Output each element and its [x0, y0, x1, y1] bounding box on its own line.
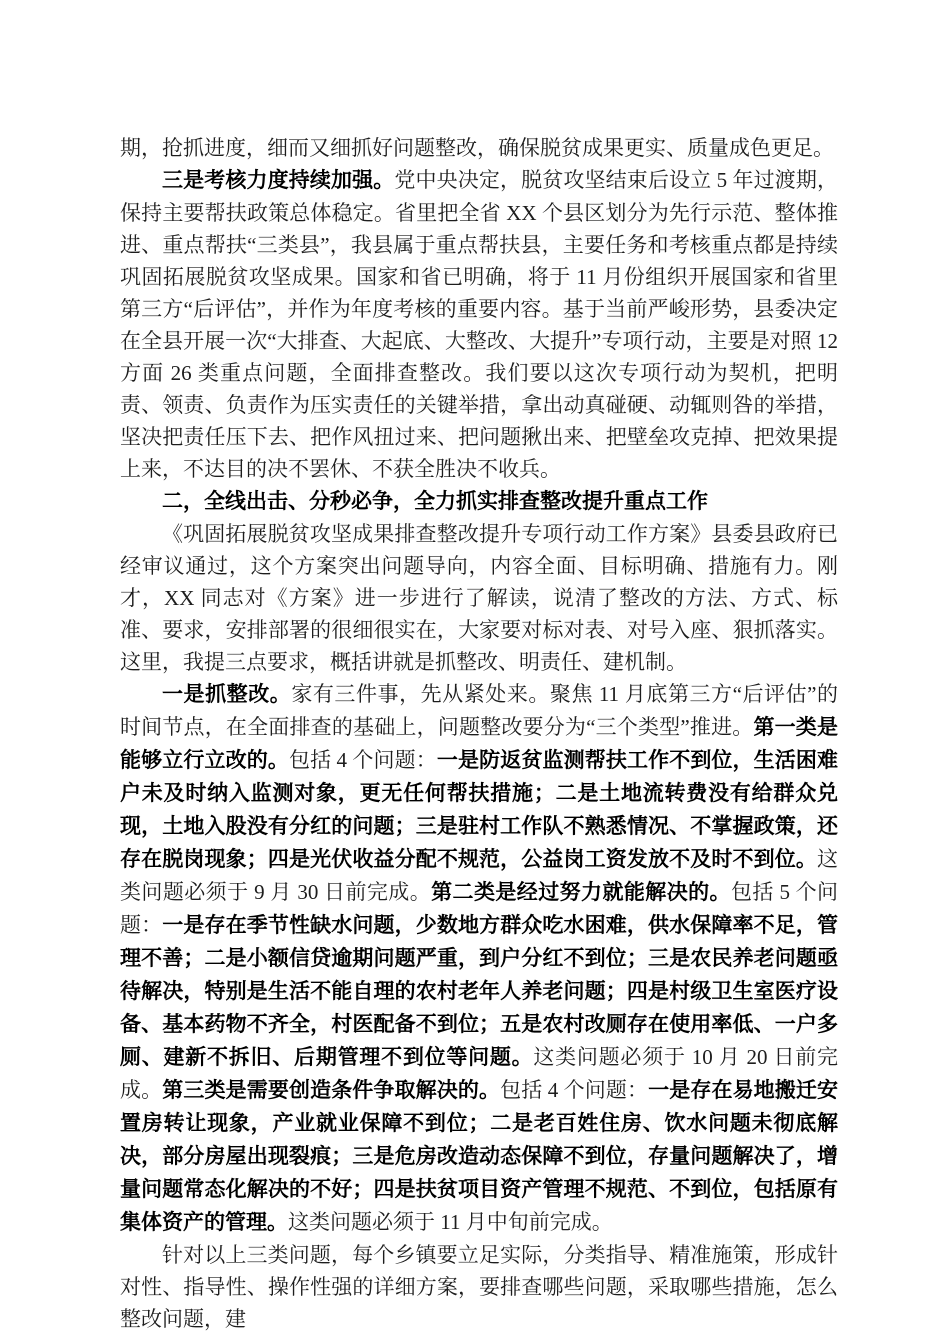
paragraph: 三是考核力度持续加强。党中央决定，脱贫攻坚结束后设立 5 年过渡期，保持主要帮扶… [120, 164, 838, 485]
text-run: 期，抢抓进度，细而又细抓好问题整改，确保脱贫成果更实、质量成色更足。 [120, 136, 834, 160]
text-run: 第二类是经过努力就能解决的。 [431, 881, 731, 904]
text-run: 三是考核力度持续加强。 [162, 169, 394, 192]
text-run: 一是抓整改。 [162, 683, 291, 706]
paragraph: 一是抓整改。家有三件事，先从紧处来。聚焦 11 月底第三方“后评估”的时间节点，… [120, 678, 838, 1239]
paragraph: 期，抢抓进度，细而又细抓好问题整改，确保脱贫成果更实、质量成色更足。 [120, 132, 838, 164]
section-heading: 二，全线出击、分秒必争，全力抓实排查整改提升重点工作 [120, 485, 838, 518]
text-run: 二，全线出击、分秒必争，全力抓实排查整改提升重点工作 [162, 490, 708, 513]
text-run: 针对以上三类问题，每个乡镇要立足实际，分类指导、精准施策，形成针对性、指导性、操… [120, 1243, 838, 1331]
text-run: 包括 4 个问题： [500, 1078, 648, 1102]
document-page: 期，抢抓进度，细而又细抓好问题整改，确保脱贫成果更实、质量成色更足。三是考核力度… [0, 0, 950, 1344]
text-run: 《巩固拓展脱贫攻坚成果排查整改提升专项行动工作方案》县委县政府已经审议通过，这个… [120, 522, 838, 674]
paragraph: 《巩固拓展脱贫攻坚成果排查整改提升专项行动工作方案》县委县政府已经审议通过，这个… [120, 518, 838, 678]
text-run: 党中央决定，脱贫攻坚结束后设立 5 年过渡期，保持主要帮扶政策总体稳定。省里把全… [120, 168, 838, 481]
text-run: 包括 4 个问题： [289, 748, 437, 772]
text-run: 这类问题必须于 11 月中旬前完成。 [288, 1210, 613, 1234]
document-body: 期，抢抓进度，细而又细抓好问题整改，确保脱贫成果更实、质量成色更足。三是考核力度… [120, 132, 838, 1335]
text-run: 第三类是需要创造条件争取解决的。 [162, 1079, 500, 1102]
paragraph: 针对以上三类问题，每个乡镇要立足实际，分类指导、精准施策，形成针对性、指导性、操… [120, 1239, 838, 1335]
